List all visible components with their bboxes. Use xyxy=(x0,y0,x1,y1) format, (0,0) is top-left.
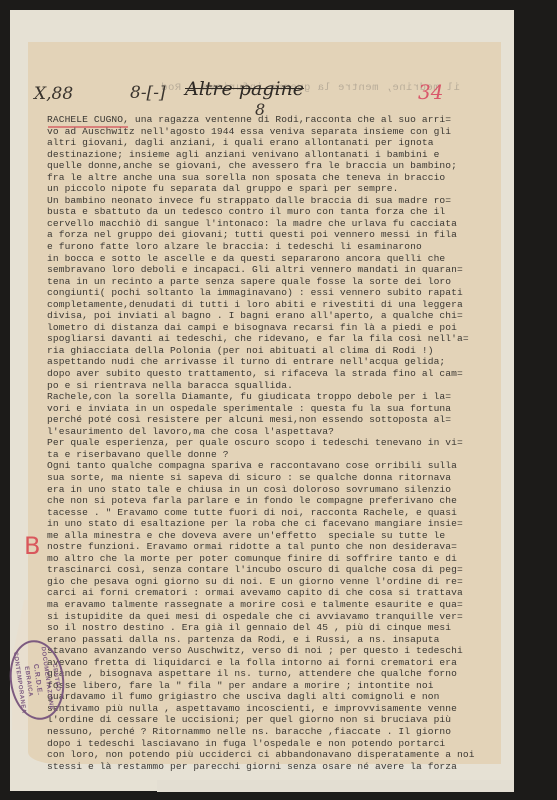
text-line: fosse libero, fare la " fila " per andar… xyxy=(47,680,507,692)
text-line: si istupidite da quei mesi di ospedale c… xyxy=(47,611,507,623)
text-line: nessuno, perché ? Ritornammo nelle ns. b… xyxy=(47,726,507,738)
text-line: nostre funzioni. Eravamo ormai ridotte a… xyxy=(47,541,507,553)
text-line: sentivamo più nulla , aspettavamo incosc… xyxy=(47,703,507,715)
text-line: completamente,denudati di tutti i loro a… xyxy=(47,299,507,311)
margin-letter-annotation: B xyxy=(24,532,40,560)
text-line: che non si poteva farla parlare e in fon… xyxy=(47,495,507,507)
text-line: quelle donne,anche se giovani, che avess… xyxy=(47,160,507,172)
text-line: Per quale esperienza, per quale oscuro s… xyxy=(47,437,507,449)
text-line: tacesse . " Eravamo come tutte fuori di … xyxy=(47,507,507,519)
text-line: avevano fretta di liquidarci e la folla … xyxy=(47,657,507,669)
archive-number-annotation: 8-[-] xyxy=(130,83,166,103)
text-line: sua sorte, ma niente si sapeva di sicuro… xyxy=(47,472,507,484)
text-line: RACHELE CUGNO, una ragazza ventenne di R… xyxy=(47,114,507,126)
text-line: stessi e là restammo per parecchi giorni… xyxy=(47,761,507,773)
text-line: in bocca e sotto le ascelle e da questi … xyxy=(47,253,507,265)
text-line: sembravano loro deboli e incapaci. Gli a… xyxy=(47,264,507,276)
text-line: Rachele,con la sorella Diamante, fu giud… xyxy=(47,391,507,403)
text-line: altri giovani, dagli anziani, i quali er… xyxy=(47,137,507,149)
text-line: e furono fatte loro alzare le braccia: i… xyxy=(47,241,507,253)
text-line: ta e riserbavano quelle donne ? xyxy=(47,449,507,461)
text-line: vo ad Auschwitz nell'agosto 1944 essa ve… xyxy=(47,126,507,138)
text-line: fra le altre anche una sua sorella non s… xyxy=(47,172,507,184)
text-line: aspettando nudi che arrivasse il turno d… xyxy=(47,356,507,368)
text-line: cervello macchiò di sangue l'intonaco: l… xyxy=(47,218,507,230)
page-number-annotation: 34 xyxy=(418,80,443,104)
text-line: in uno stato di esaltazione per la roba … xyxy=(47,518,507,530)
text-line: congiunti( pochi soltanto la immaginavan… xyxy=(47,287,507,299)
struck-handwritten-note: Altre pagine xyxy=(185,78,304,100)
text-line: carci ai forni crematori : ormai avevamo… xyxy=(47,587,507,599)
text-line: destinazione; insieme agli anziani veniv… xyxy=(47,149,507,161)
text-line: l'esaurimento del lavoro,ma che cosa l'a… xyxy=(47,426,507,438)
text-line: so il nostro destino . Era già il gennai… xyxy=(47,622,507,634)
backing-sheet-edge xyxy=(157,780,514,792)
text-line: busta e sbattuto da un tedesco contro il… xyxy=(47,206,507,218)
stamp-top-text: CENTRO DOCUMENTAZIONE xyxy=(39,647,60,711)
text-line: spogliarsi davanti ai tedeschi, che ride… xyxy=(47,333,507,345)
text-line: vori e inviata in un ospedale sperimenta… xyxy=(47,403,507,415)
text-line: dopo aver subito questo trattamento, si … xyxy=(47,368,507,380)
text-line: lometro di distanza dai campi e bisognav… xyxy=(47,322,507,334)
stamp-middle-text: C.R.D.E. xyxy=(32,664,43,696)
text-line: Ogni tanto qualche compagna spariva e ra… xyxy=(47,460,507,472)
text-line: trascinarci così, senza contare l'incubo… xyxy=(47,564,507,576)
text-line: divisa, poi inviati al bagno . I bagni e… xyxy=(47,310,507,322)
text-line: po e si rientrava nella baracca squallid… xyxy=(47,380,507,392)
text-line: a forza nel gruppo dei giovani; tutti qu… xyxy=(47,229,507,241)
text-line: dopo i tedeschi lasciavano in fuga l'osp… xyxy=(47,738,507,750)
text-line: tena in un recinto a parte senza sapere … xyxy=(47,276,507,288)
text-line: stavano avanzando verso Auschwitz, verso… xyxy=(47,645,507,657)
text-line: me alla minestra e che doveva avere un'e… xyxy=(47,530,507,542)
text-line: gio che pesava ogni giorno su di noi. E … xyxy=(47,576,507,588)
text-line: guardavamo il fumo grigiastro che usciva… xyxy=(47,691,507,703)
text-line: grande , bisognava aspettare il ns. turn… xyxy=(47,668,507,680)
text-line: con loro, non potendo più ucciderci ci a… xyxy=(47,749,507,761)
text-line: l'ordine di cessare le uccisioni; per qu… xyxy=(47,714,507,726)
text-line: perché poté così resistere per alcuni me… xyxy=(47,414,507,426)
text-line: ria ghiacciata della Polonia (per noi ab… xyxy=(47,345,507,357)
text-line: un piccolo nipote fu separata dal gruppo… xyxy=(47,183,507,195)
text-line: era in uno stato tale e chiusa in un cos… xyxy=(47,484,507,496)
text-line: mo altro che la morte per poter comunque… xyxy=(47,553,507,565)
text-line: erano passati dalla ns. partenza da Rodi… xyxy=(47,634,507,646)
reference-code-annotation: X,88 xyxy=(34,84,73,104)
text-line: Un bambino neonato invece fu strappato d… xyxy=(47,195,507,207)
typewritten-body: RACHELE CUGNO, una ragazza ventenne di R… xyxy=(47,114,507,772)
text-line: ma eravamo talmente rassegnate a morire … xyxy=(47,599,507,611)
